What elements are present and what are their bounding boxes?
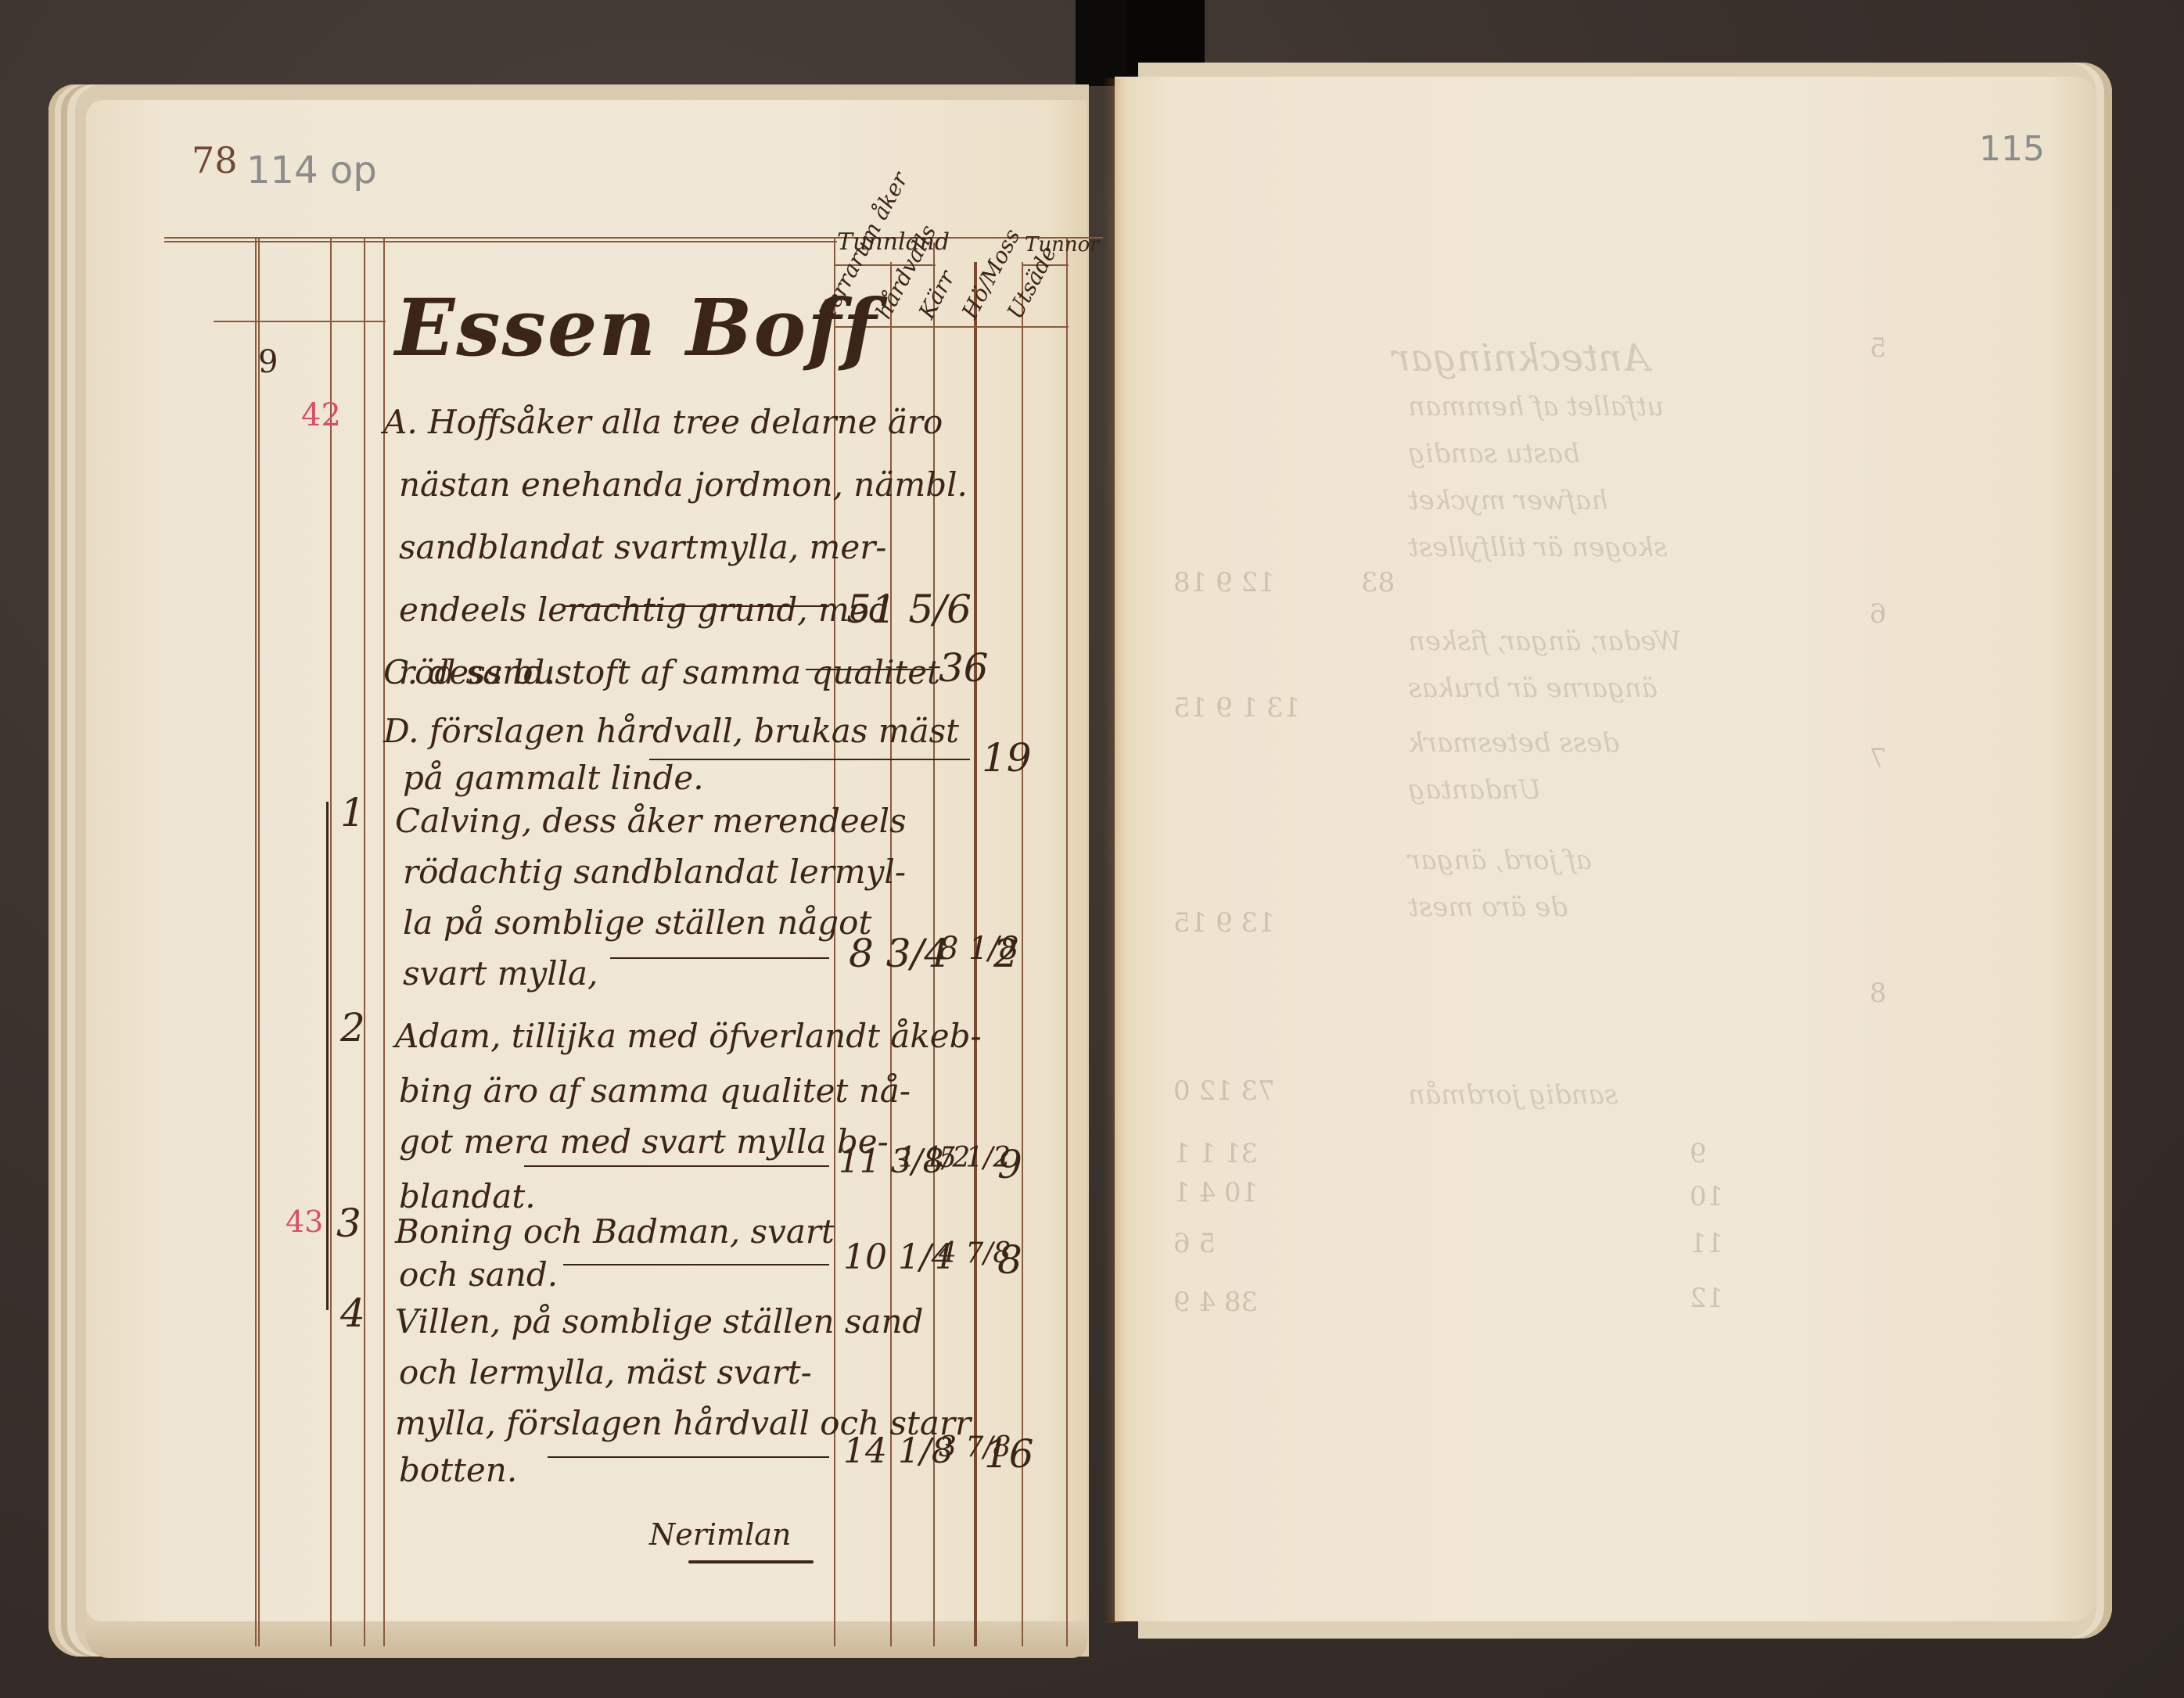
entry-line: Adam, tillijka med öfverlandt åkeb- xyxy=(395,1005,982,1068)
entry-line: A. Hoffsåker alla tree delarne äro xyxy=(383,391,943,454)
section-number: 9 xyxy=(258,344,278,380)
entry-line: sandblandat svartmylla, mer- xyxy=(399,516,886,579)
bleed-through-margin-number: 11 xyxy=(1690,1228,1723,1259)
entry-line: got mera med svart mylla be- xyxy=(399,1111,889,1173)
bleed-through-margin-number: 9 xyxy=(1690,1138,1707,1169)
column-rule xyxy=(364,239,365,1646)
right-page xyxy=(1115,77,2096,1621)
value-cell: 2 xyxy=(993,931,1018,976)
bleed-through-margin-number: 5 xyxy=(1870,332,1887,364)
entry-number: 1 xyxy=(340,790,365,835)
column-rule xyxy=(255,239,257,1646)
bleed-through-text: ängarne är brukas xyxy=(1408,673,1658,704)
leader-line xyxy=(524,1165,829,1167)
leader-line xyxy=(548,1456,829,1458)
right-folio-number: 115 xyxy=(1979,129,2045,169)
bleed-through-number: 12 9 18 xyxy=(1173,567,1275,598)
leader-line xyxy=(563,605,829,607)
book-gutter xyxy=(1103,78,1126,1623)
bleed-through-number: 83 xyxy=(1361,567,1395,598)
column-rule xyxy=(258,239,260,1646)
signature: Nerimlan xyxy=(649,1517,791,1552)
old-folio-number: 78 xyxy=(192,139,238,181)
bleed-through-number: 13 1 9 15 xyxy=(1173,692,1300,723)
bleed-through-number: 73 12 0 xyxy=(1173,1075,1275,1107)
entry-number: 3 xyxy=(336,1201,361,1246)
entry-line: C. dess bustoft af samma qualitet xyxy=(383,641,940,704)
signature-flourish xyxy=(688,1560,814,1563)
entry-line: endeels lerachtig grund, med xyxy=(399,579,890,641)
value-cell: 16 xyxy=(984,1431,1034,1477)
bleed-through-margin-number: 6 xyxy=(1870,598,1887,630)
table-top-rule-2 xyxy=(164,241,837,242)
page-title: Essen Boff xyxy=(395,282,878,374)
bleed-through-text: utfallet af hemman xyxy=(1408,391,1664,422)
bleed-through-text: dess betesmark xyxy=(1408,727,1619,759)
column-rule xyxy=(1066,239,1068,1646)
red-reference: 43 xyxy=(286,1204,323,1239)
bleed-through-number: 5 6 xyxy=(1173,1228,1216,1259)
bleed-through-text: skogen är tillfyllest xyxy=(1408,532,1668,563)
value-cell: 36 xyxy=(939,645,989,691)
bleed-through-text: Wedar, ängar, fisken xyxy=(1408,626,1682,657)
column-rule xyxy=(330,239,332,1646)
bleed-through-margin-number: 8 xyxy=(1870,978,1887,1009)
entry-line: svart mylla, xyxy=(403,942,598,1005)
value-cell: 51 5/6 xyxy=(846,587,972,632)
bleed-through-text: bastu sandig xyxy=(1408,438,1580,469)
entry-number: 2 xyxy=(340,1005,365,1050)
bleed-through-margin-number: 12 xyxy=(1690,1283,1723,1314)
bleed-through-number: 38 4 9 xyxy=(1173,1287,1258,1318)
bleed-through-text: sandig jordmån xyxy=(1408,1079,1618,1111)
bleed-through-margin-number: 7 xyxy=(1870,743,1887,774)
leader-line xyxy=(563,1264,829,1265)
value-cell: 19 xyxy=(982,735,1032,781)
value-cell: 8 3/4 xyxy=(849,931,949,976)
header-rule-left xyxy=(214,321,386,322)
table-top-rule xyxy=(164,237,1103,239)
bleed-through-text: hafwer mycket xyxy=(1408,485,1608,516)
leader-line xyxy=(806,669,931,670)
bleed-through-text: de äro mest xyxy=(1408,892,1568,923)
value-cell: 8 xyxy=(997,1237,1022,1283)
value-cell: 10 1/4 xyxy=(843,1237,954,1277)
leader-line xyxy=(649,759,970,760)
bleed-through-number: 10 4 1 xyxy=(1173,1177,1258,1208)
bleed-through-text: af jord, ängar xyxy=(1408,845,1592,876)
bleed-through-text: Undantag xyxy=(1408,774,1541,806)
entry-number: 4 xyxy=(340,1291,365,1336)
value-cell: 14 1/8 xyxy=(843,1431,954,1471)
bleed-through-text: Anteckningar xyxy=(1392,336,1650,380)
pencil-note: 114 op xyxy=(246,149,377,192)
entry-line: botten. xyxy=(399,1439,517,1502)
bleed-through-margin-number: 10 xyxy=(1690,1181,1723,1212)
entry-line: nästan enehanda jordmon, nämbl. xyxy=(399,454,968,516)
value-cell: 9 xyxy=(997,1142,1022,1187)
grouping-bracket xyxy=(326,802,329,1310)
leader-line xyxy=(610,957,829,959)
bleed-through-number: 13 9 15 xyxy=(1173,907,1275,939)
bleed-through-number: 31 1 1 xyxy=(1173,1138,1258,1169)
red-reference: 42 xyxy=(301,397,341,433)
